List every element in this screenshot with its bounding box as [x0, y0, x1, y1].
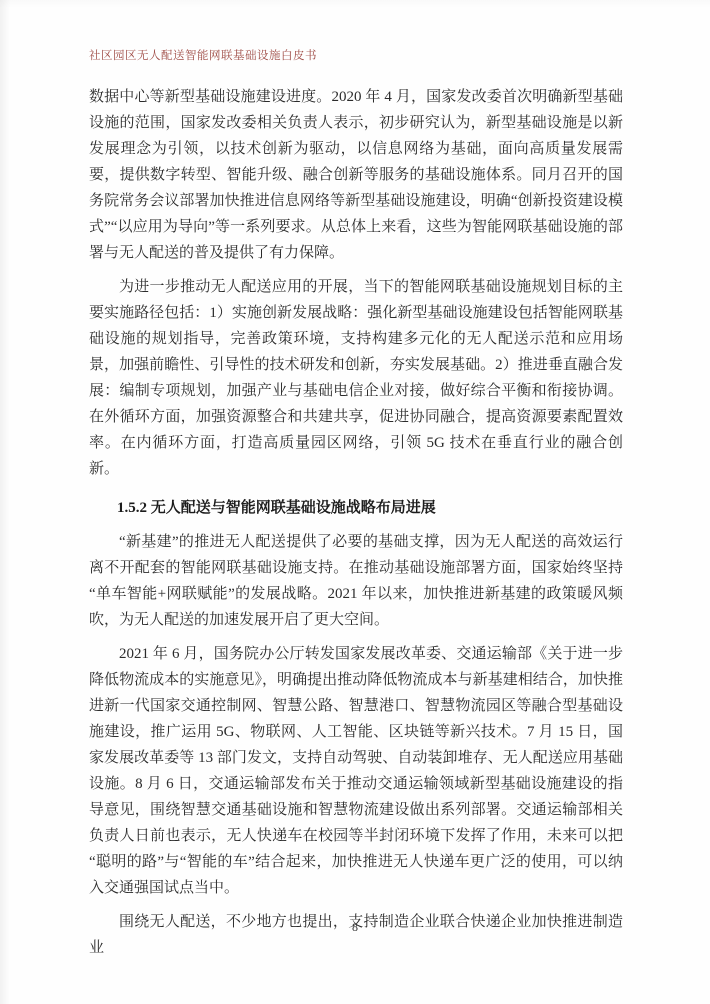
page-number: 8 [0, 920, 710, 935]
body-paragraph: 为进一步推动无人配送应用的开展，当下的智能网联基础设施规划目标的主要实施路径包括… [89, 274, 623, 482]
page-body: 数据中心等新型基础设施建设进度。2020 年 4 月，国家发改委首次明确新型基础… [89, 84, 623, 969]
body-paragraph: 2021 年 6 月，国务院办公厅转发国家发展改革委、交通运输部《关于进一步降低… [89, 641, 623, 901]
body-paragraph: 围绕无人配送，不少地方也提出，支持制造企业联合快递企业加快推进制造业 [89, 909, 623, 961]
body-paragraph: “新基建”的推进无人配送提供了必要的基础支撑，因为无人配送的高效运行离不开配套的… [89, 529, 623, 633]
section-heading: 1.5.2 无人配送与智能网联基础设施战略布局进展 [89, 495, 623, 521]
document-page: 社区园区无人配送智能网联基础设施白皮书 数据中心等新型基础设施建设进度。2020… [0, 0, 710, 1004]
running-header: 社区园区无人配送智能网联基础设施白皮书 [89, 47, 317, 63]
body-paragraph: 数据中心等新型基础设施建设进度。2020 年 4 月，国家发改委首次明确新型基础… [89, 84, 623, 266]
